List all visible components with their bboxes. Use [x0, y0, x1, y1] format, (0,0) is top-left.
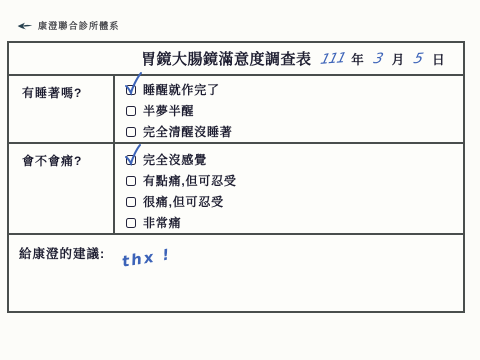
option-row: 非常痛 [126, 212, 463, 233]
option-row: 睡醒就作完了 [126, 79, 463, 100]
checkbox-icon[interactable] [126, 176, 136, 186]
form-header-row: 胃鏡大腸鏡滿意度調查表 111 年 3 月 5 日 [9, 43, 463, 76]
option-label: 完全沒感覺 [143, 151, 207, 168]
option-row: 完全沒感覺 [126, 149, 463, 170]
option-label: 很痛,但可忍受 [143, 193, 224, 210]
question-row-pain: 會不會痛? 完全沒感覺 有點痛,但可忍受 很痛,但可忍受 [9, 144, 463, 235]
checkbox-icon[interactable] [126, 218, 136, 228]
option-row: 很痛,但可忍受 [126, 191, 463, 212]
option-row: 半夢半醒 [126, 100, 463, 121]
swoosh-icon [17, 21, 33, 31]
option-row: 完全清醒沒睡著 [126, 121, 463, 142]
option-label: 完全清醒沒睡著 [143, 123, 233, 140]
handwritten-day: 5 [412, 50, 424, 67]
day-label: 日 [432, 50, 445, 68]
checkmark-icon [124, 142, 143, 166]
year-label: 年 [351, 50, 364, 68]
options-pain: 完全沒感覺 有點痛,但可忍受 很痛,但可忍受 非常痛 [115, 144, 463, 233]
question-label-sleep: 有睡著嗎? [9, 76, 115, 142]
scanned-page: 康澄聯合診所體系 胃鏡大腸鏡滿意度調查表 111 年 3 月 5 日 有睡著嗎? [0, 0, 480, 360]
date-group: 111 年 3 月 5 日 [317, 50, 445, 68]
option-label: 有點痛,但可忍受 [143, 172, 237, 189]
form-title: 胃鏡大腸鏡滿意度調查表 [141, 48, 312, 69]
handwritten-year: 111 [318, 50, 346, 68]
survey-form-table: 胃鏡大腸鏡滿意度調查表 111 年 3 月 5 日 有睡著嗎? [7, 41, 465, 313]
question-row-sleep: 有睡著嗎? 睡醒就作完了 半夢半醒 完全清醒沒睡著 [9, 76, 463, 144]
handwritten-month: 3 [372, 50, 384, 67]
suggestion-row: 給康澄的建議: thx ! [9, 235, 463, 311]
option-label: 睡醒就作完了 [143, 81, 220, 98]
option-label: 非常痛 [143, 214, 181, 231]
option-row: 有點痛,但可忍受 [126, 170, 463, 191]
brand-header: 康澄聯合診所體系 [17, 19, 120, 32]
options-sleep: 睡醒就作完了 半夢半醒 完全清醒沒睡著 [115, 76, 463, 142]
checkbox-icon[interactable] [126, 106, 136, 116]
handwritten-suggestion: thx ! [121, 245, 173, 271]
checkbox-icon[interactable] [126, 197, 136, 207]
checkbox-checked-icon[interactable] [126, 85, 136, 95]
checkbox-icon[interactable] [126, 127, 136, 137]
suggestion-label: 給康澄的建議: [19, 244, 105, 262]
clinic-name: 康澄聯合診所體系 [38, 19, 120, 32]
month-label: 月 [392, 50, 405, 68]
question-label-pain: 會不會痛? [9, 144, 115, 233]
checkbox-checked-icon[interactable] [126, 155, 136, 165]
checkmark-icon [124, 72, 143, 96]
option-label: 半夢半醒 [143, 102, 194, 119]
